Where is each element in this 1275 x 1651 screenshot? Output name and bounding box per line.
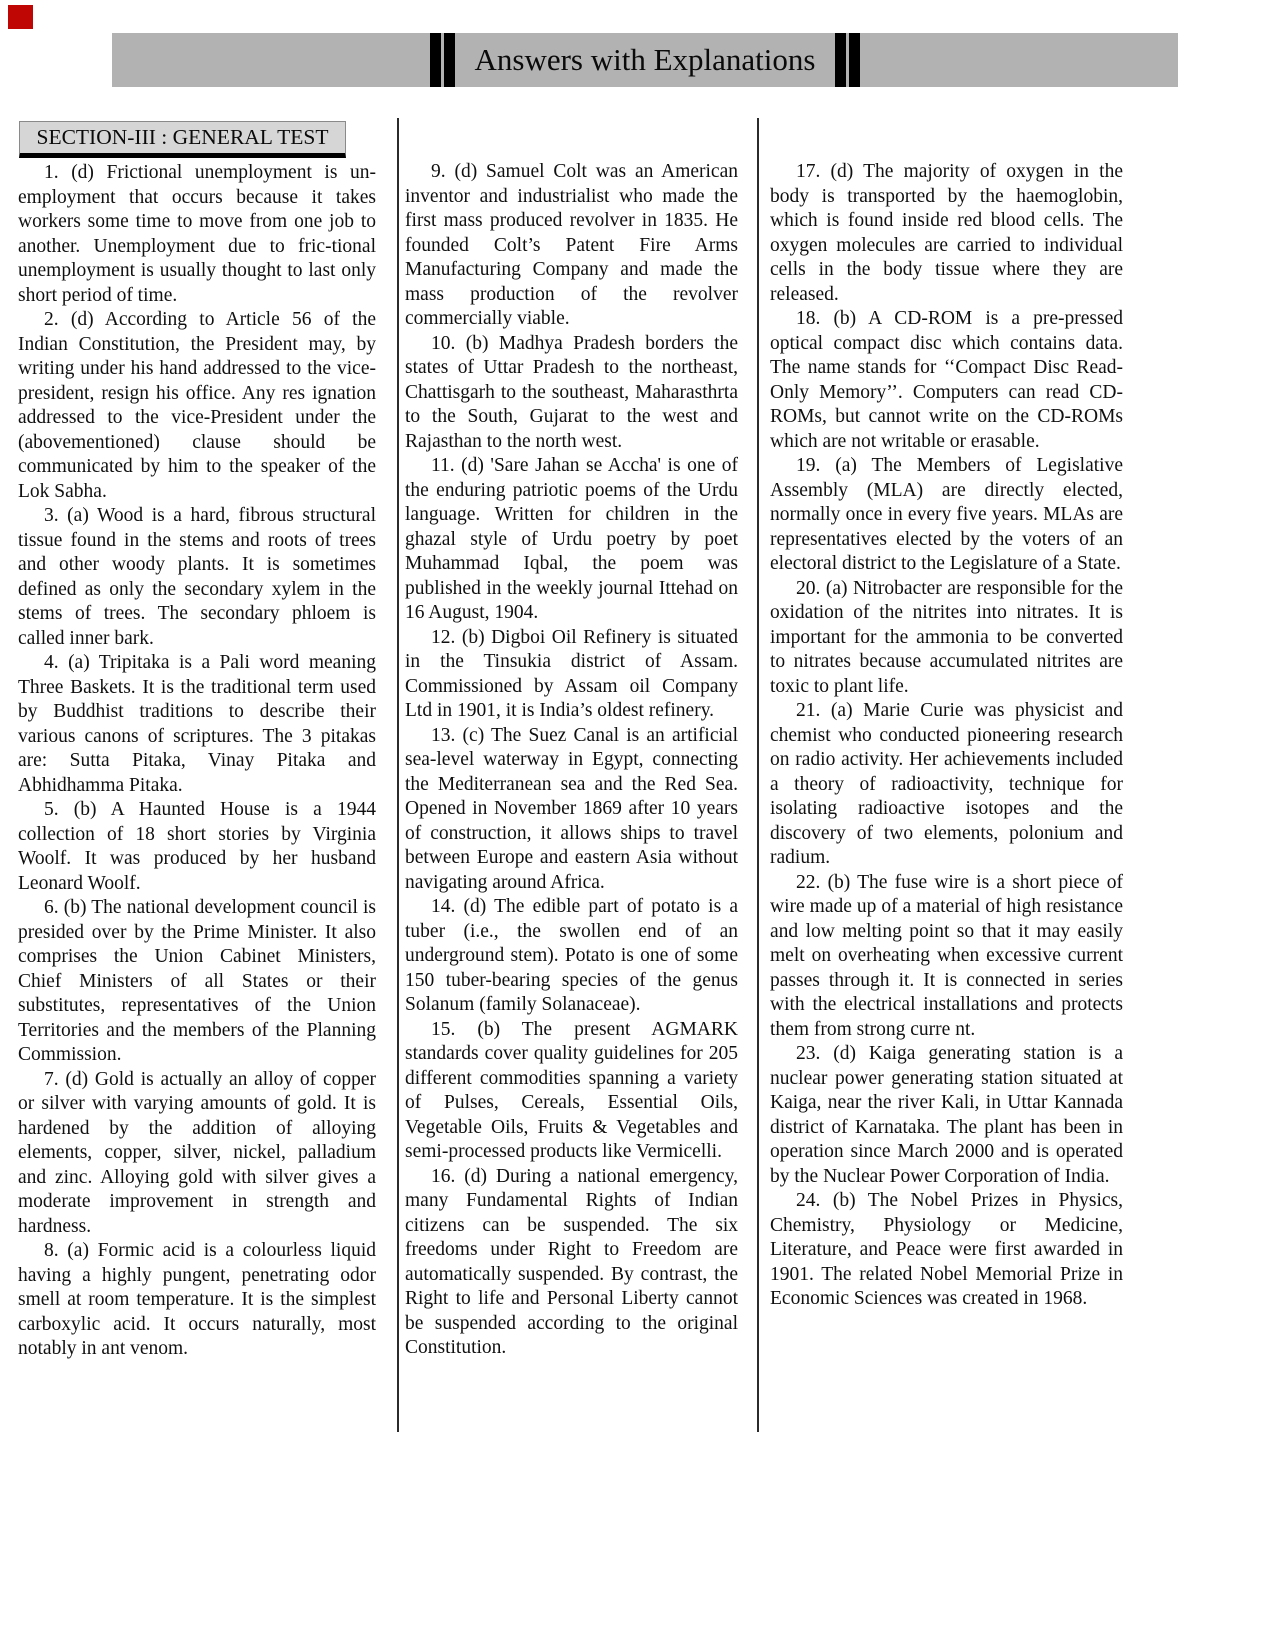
answer-paragraph: 17. (d) The majority of oxygen in the bo… [770,160,1123,307]
answer-paragraph: 21. (a) Marie Curie was physicist and ch… [770,699,1123,871]
banner-right-bars-icon [835,33,860,87]
vertical-bar-icon [444,33,455,87]
answer-paragraph: 24. (b) The Nobel Prizes in Physics, Che… [770,1189,1123,1312]
answer-paragraph: 9. (d) Samuel Colt was an American inven… [405,160,738,332]
page-banner: Answers with Explanations [112,33,1178,87]
answer-paragraph: 23. (d) Kaiga generating station is a nu… [770,1042,1123,1189]
answer-paragraph: 1. (d) Frictional unemployment is un-emp… [18,161,376,308]
answer-paragraph: 3. (a) Wood is a hard, fibrous structura… [18,504,376,651]
answer-paragraph: 16. (d) During a national emergency, man… [405,1165,738,1361]
answer-paragraph: 8. (a) Formic acid is a colourless liqui… [18,1239,376,1362]
answer-paragraph: 2. (d) According to Article 56 of the In… [18,308,376,504]
banner-left-bars-icon [430,33,455,87]
answer-paragraph: 22. (b) The fuse wire is a short piece o… [770,871,1123,1043]
answer-paragraph: 20. (a) Nitrobacter are responsible for … [770,577,1123,700]
answer-paragraph: 13. (c) The Suez Canal is an artificial … [405,724,738,896]
red-corner-marker [8,5,33,29]
column-divider [757,118,759,1432]
answer-paragraph: 5. (b) A Haunted House is a 1944 collect… [18,798,376,896]
answers-column-3: 17. (d) The majority of oxygen in the bo… [770,160,1123,1312]
answer-paragraph: 6. (b) The national development council … [18,896,376,1068]
answer-paragraph: 19. (a) The Members of Legislative Assem… [770,454,1123,577]
vertical-bar-icon [849,33,860,87]
answers-column-2: 9. (d) Samuel Colt was an American inven… [405,160,738,1361]
answer-paragraph: 4. (a) Tripitaka is a Pali word meaning … [18,651,376,798]
answer-paragraph: 14. (d) The edible part of potato is a t… [405,895,738,1018]
answer-paragraph: 15. (b) The present AGMARK standards cov… [405,1018,738,1165]
column-divider [397,118,399,1432]
answer-paragraph: 10. (b) Madhya Pradesh borders the state… [405,332,738,455]
scanned-answer-page: Answers with Explanations SECTION-III : … [0,0,1275,1651]
section-title: SECTION-III : GENERAL TEST [19,121,346,158]
answer-paragraph: 7. (d) Gold is actually an alloy of copp… [18,1068,376,1240]
answer-paragraph: 18. (b) A CD-ROM is a pre-pressed optica… [770,307,1123,454]
page-title: Answers with Explanations [475,33,816,87]
vertical-bar-icon [835,33,846,87]
answers-column-1: 1. (d) Frictional unemployment is un-emp… [18,161,376,1362]
vertical-bar-icon [430,33,441,87]
answer-paragraph: 12. (b) Digboi Oil Refinery is situated … [405,626,738,724]
answer-paragraph: 11. (d) 'Sare Jahan se Accha' is one of … [405,454,738,626]
